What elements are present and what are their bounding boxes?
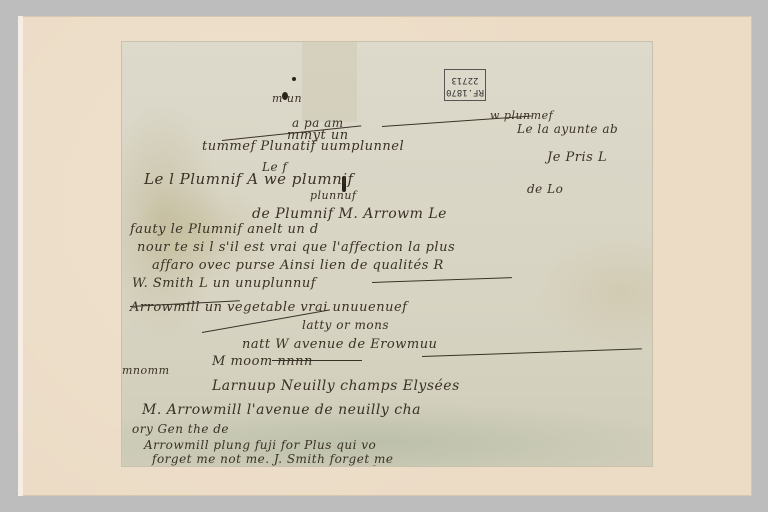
handwriting-line: de Lo <box>527 182 563 196</box>
handwriting-line: affaro ovec purse Ainsi lien de qualités… <box>152 258 444 273</box>
handwriting-line: de Plumnif M. Arrowm Le <box>252 206 447 222</box>
handwriting-line: M. Arrowmill l'avenue de neuilly cha <box>142 402 421 418</box>
handwriting-line: plunnuf <box>310 189 356 202</box>
collection-stamp: RF.1870 22713 <box>444 69 486 101</box>
pen-stroke <box>272 360 362 361</box>
handwriting-line: Larnuup Neuilly champs Elysées <box>212 378 460 394</box>
manuscript-paper: RF.1870 22713 m unw plunmefa pa ammmyt u… <box>122 42 652 466</box>
handwriting-line: latty or mons <box>302 318 389 332</box>
ink-blot <box>292 77 296 81</box>
handwriting-line: Arrowmill un vegetable vrai unuuenuef <box>130 300 407 315</box>
handwriting-line: Le l Plumnif A we plumnif <box>144 170 354 188</box>
paper-stain <box>302 42 357 122</box>
handwriting-line: tummef Plunatif uumplunnel <box>202 139 404 154</box>
handwriting-line: M moom nnnn <box>212 354 313 369</box>
handwriting-line: nour te si l s'il est vrai que l'affecti… <box>137 240 455 255</box>
handwriting-line: fauty le Plumnif anelt un d <box>130 222 319 237</box>
stamp-line-2: 22713 <box>445 74 485 86</box>
handwriting-line: ory Gen the de <box>132 422 229 436</box>
mat-edge <box>18 16 23 496</box>
handwriting-line: mona destine Lava me not <box>332 464 491 466</box>
handwriting-line: Je Pris L <box>547 150 607 165</box>
handwriting-line: mnomm <box>122 364 170 377</box>
handwriting-line: natt W avenue de Erowmuu <box>242 337 437 352</box>
pen-stroke <box>422 348 642 357</box>
stamp-line-1: RF.1870 <box>445 86 485 98</box>
pen-stroke <box>372 277 512 283</box>
handwriting-line: m un <box>272 92 302 105</box>
handwriting-line: Arrowmill plung fuji for Plus qui vo <box>144 438 376 452</box>
handwriting-line: Le la ayunte ab <box>517 122 618 136</box>
handwriting-line: W. Smith L un unuplunnuf <box>132 276 316 291</box>
